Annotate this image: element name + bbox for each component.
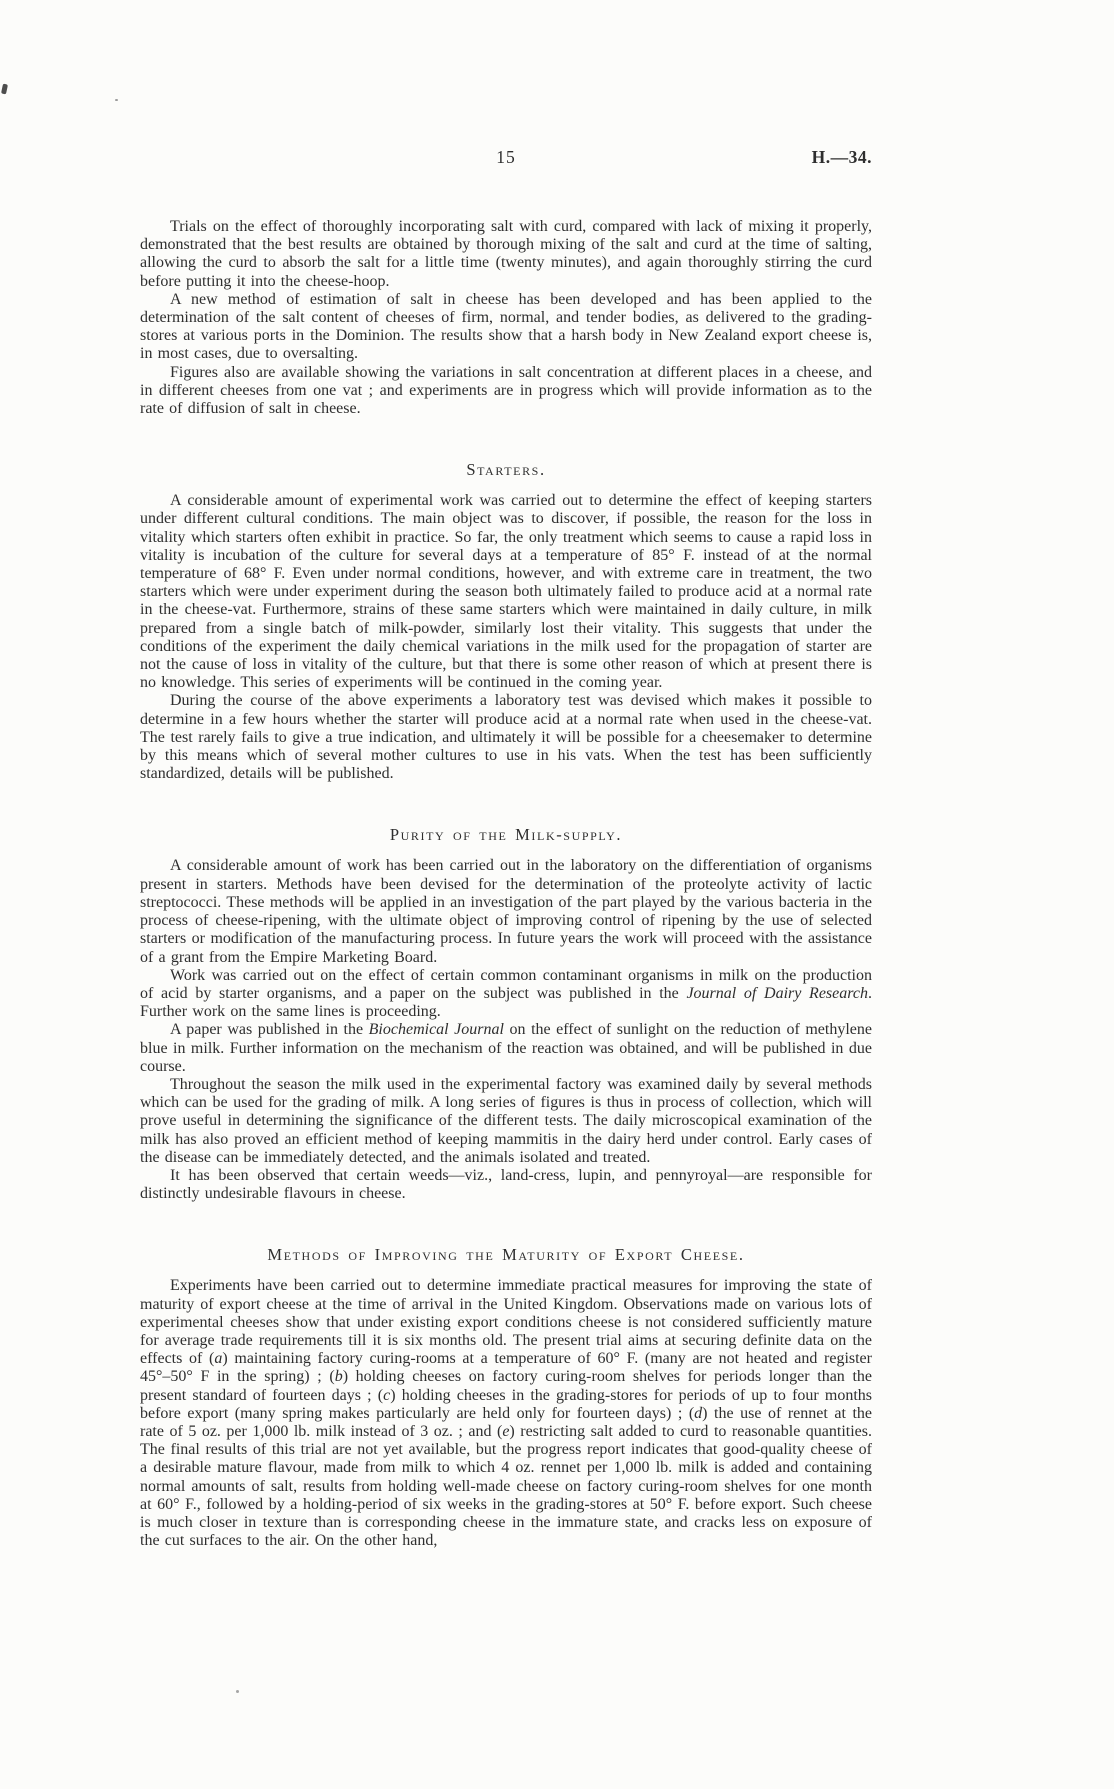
- scan-artifact: [236, 1690, 239, 1693]
- heading-starters: Starters.: [140, 460, 872, 480]
- scan-artifact: [115, 99, 118, 101]
- paragraph-salting-trials: Trials on the effect of thoroughly incor…: [140, 218, 872, 291]
- heading-purity-of-milk-supply: Purity of the Milk-supply.: [140, 825, 872, 845]
- paragraph-salt-concentration-figures: Figures also are available showing the v…: [140, 364, 872, 419]
- page-number: 15: [140, 146, 872, 168]
- paragraph-organism-differentiation: A considerable amount of work has been c…: [140, 857, 872, 966]
- paragraph-sunlight-methylene-blue: A paper was published in the Biochemical…: [140, 1021, 872, 1076]
- scanned-report-page: 15 H.—34. Trials on the effect of thorou…: [0, 0, 1114, 1789]
- paragraph-contaminant-organisms: Work was carried out on the effect of ce…: [140, 967, 872, 1022]
- paragraph-export-cheese-trial: Experiments have been carried out to det…: [140, 1277, 872, 1550]
- paragraph-laboratory-test: During the course of the above experimen…: [140, 692, 872, 783]
- paragraph-weed-flavours: It has been observed that certain weeds—…: [140, 1167, 872, 1203]
- page-content: 15 H.—34. Trials on the effect of thorou…: [140, 146, 872, 1550]
- paragraph-starter-vitality: A considerable amount of experimental wo…: [140, 492, 872, 692]
- report-code: H.—34.: [812, 146, 872, 168]
- paragraph-milk-grading: Throughout the season the milk used in t…: [140, 1076, 872, 1167]
- paragraph-salt-estimation-method: A new method of estimation of salt in ch…: [140, 291, 872, 364]
- heading-methods-export-cheese-maturity: Methods of Improving the Maturity of Exp…: [140, 1245, 872, 1265]
- scan-artifact: [1, 84, 8, 95]
- page-header: 15 H.—34.: [140, 146, 872, 168]
